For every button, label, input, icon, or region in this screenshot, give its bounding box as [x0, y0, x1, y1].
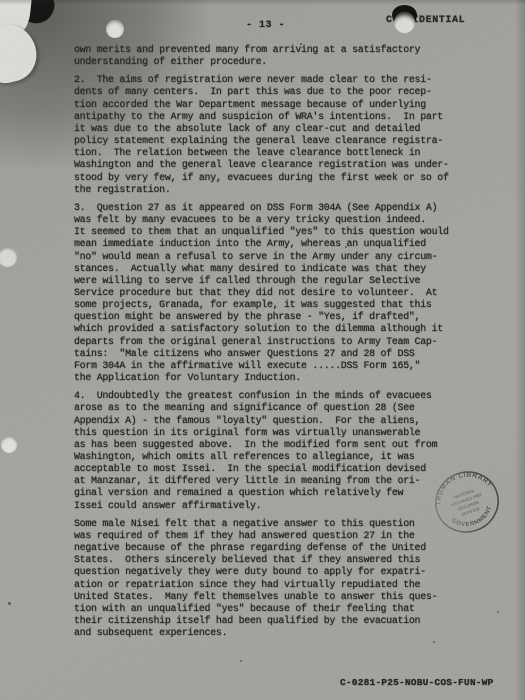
- scan-edge-shade-top: [0, 0, 525, 5]
- punch-hole-left-lower: [1, 437, 17, 453]
- paragraph-continuation: own merits and prevented many from arriv…: [74, 44, 484, 68]
- scanned-document-page: - 13 - CONFIDENTIAL own merits and preve…: [0, 0, 525, 700]
- paragraph-4: 4. Undoubtedly the greatest confusion in…: [74, 390, 484, 512]
- scan-edge-shade-right: [515, 0, 525, 700]
- typewritten-body: own merits and prevented many from arriv…: [74, 44, 484, 645]
- paragraph-3: 3. Question 27 as it appeared on DSS For…: [74, 202, 484, 384]
- scan-speck: [8, 602, 11, 605]
- paragraph-5: Some male Nisei felt that a negative ans…: [74, 518, 484, 640]
- scan-speck: [240, 660, 242, 662]
- page-number: - 13 -: [246, 20, 285, 31]
- scan-speck: [433, 641, 435, 643]
- paragraph-2: 2. The aims of registration were never m…: [74, 74, 484, 196]
- scan-speck: [345, 246, 347, 248]
- scan-speck: [497, 611, 499, 613]
- punch-hole-top-right: [394, 12, 415, 33]
- footer-file-code: C-0281-P25-NOBU-COS-FUN-WP: [340, 677, 493, 688]
- punch-hole-top-left: [106, 20, 124, 38]
- punch-hole-left-middle: [0, 248, 17, 267]
- scan-speck: [300, 43, 302, 45]
